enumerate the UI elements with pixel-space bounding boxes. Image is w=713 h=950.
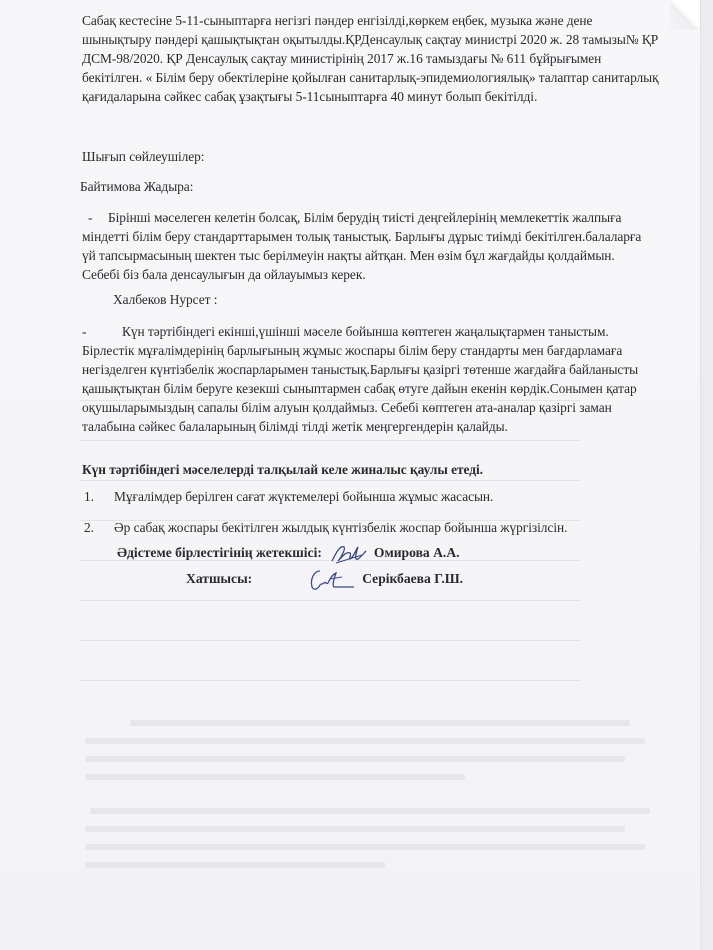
speaker-statement-text: Бірінші мәселеген келетін болсақ, Білім … [82,210,641,282]
page-corner [670,0,700,30]
signer-role: Хатшысы: [186,571,252,587]
speaker-name: Байтимова Жадыра: [80,177,193,196]
signer-name: Серікбаева Г.Ш. [362,571,463,587]
speaker-statement: -Күн тәртібіндегі екінші,үшінші мәселе б… [82,322,642,436]
signature-row-secretary: Хатшысы: Серікбаева Г.Ш. [186,567,463,591]
signer-role: Әдістеме бірлестігінің жетекшісі: [117,545,322,561]
bleed-through-line [85,862,385,868]
intro-paragraph: Сабақ кестесіне 5-11-сыныптарға негізгі … [82,11,662,106]
bleed-through-line [85,844,645,850]
decision-number: 1. [82,487,114,506]
speaker-name: Халбеков Нурсет : [113,290,217,309]
bleed-through-line [85,756,625,762]
speaker-statement-text: Күн тәртібіндегі екінші,үшінші мәселе бо… [82,324,638,434]
decision-text: Әр сабақ жоспары бекітілген жылдық күнті… [114,518,567,537]
decision-heading: Күн тәртібіндегі мәселелерді талқылай ке… [82,460,483,479]
decision-item: 1. Мұғалімдер берілген сағат жүктемелері… [82,487,567,506]
scanned-page: Сабақ кестесіне 5-11-сыныптарға негізгі … [0,0,700,950]
decision-text: Мұғалімдер берілген сағат жүктемелері бо… [114,487,493,506]
bleed-through-line [85,826,625,832]
page-edge [700,0,713,950]
signature-row-head: Әдістеме бірлестігінің жетекшісі: Омиров… [117,541,460,565]
decision-list: 1. Мұғалімдер берілген сағат жүктемелері… [82,487,567,549]
bleed-through-line [130,720,630,726]
speaker-statement: -Бірінші мәселеген келетін болсақ, Білім… [82,208,642,284]
speakers-heading: Шығып сөйлеушілер: [82,147,204,166]
bleed-through-line [90,808,650,814]
dash-bullet: - [82,322,122,341]
decision-number: 2. [82,518,114,537]
dash-bullet: - [82,208,108,227]
handwritten-signature-icon [328,541,368,565]
decision-item: 2. Әр сабақ жоспары бекітілген жылдық кү… [82,518,567,537]
bleed-through-line [85,774,465,780]
handwritten-signature-icon [308,567,356,591]
signer-name: Омирова А.А. [374,545,460,561]
bleed-through-line [85,738,645,744]
